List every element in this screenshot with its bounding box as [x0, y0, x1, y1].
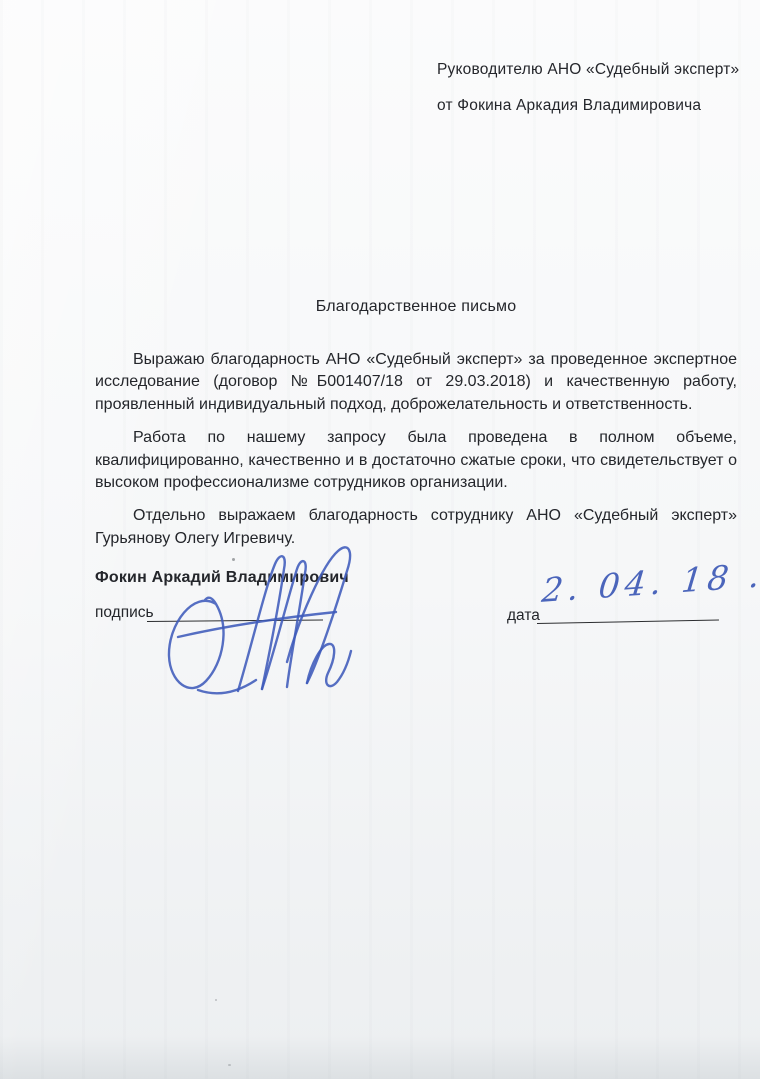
scan-speck — [232, 558, 235, 561]
body-paragraph: Выражаю благодарность АНО «Судебный эксп… — [95, 349, 737, 416]
letter-header: Руководителю АНО «Судебный эксперт» от Ф… — [437, 52, 739, 124]
scan-speck — [228, 1064, 231, 1066]
handwritten-date: 2. 04. 18 . — [540, 555, 760, 610]
sender-line: от Фокина Аркадия Владимировича — [437, 88, 739, 124]
scan-speck — [215, 999, 217, 1001]
handwritten-signature — [138, 540, 356, 700]
scanned-letter-page: Руководителю АНО «Судебный эксперт» от Ф… — [0, 0, 760, 1079]
body-paragraph: Работа по нашему запросу была проведена … — [95, 427, 737, 494]
letter-body: Выражаю благодарность АНО «Судебный эксп… — [95, 349, 737, 561]
letter-title: Благодарственное письмо — [95, 298, 737, 316]
recipient-line: Руководителю АНО «Судебный эксперт» — [437, 52, 739, 88]
date-label: дата — [507, 607, 540, 625]
